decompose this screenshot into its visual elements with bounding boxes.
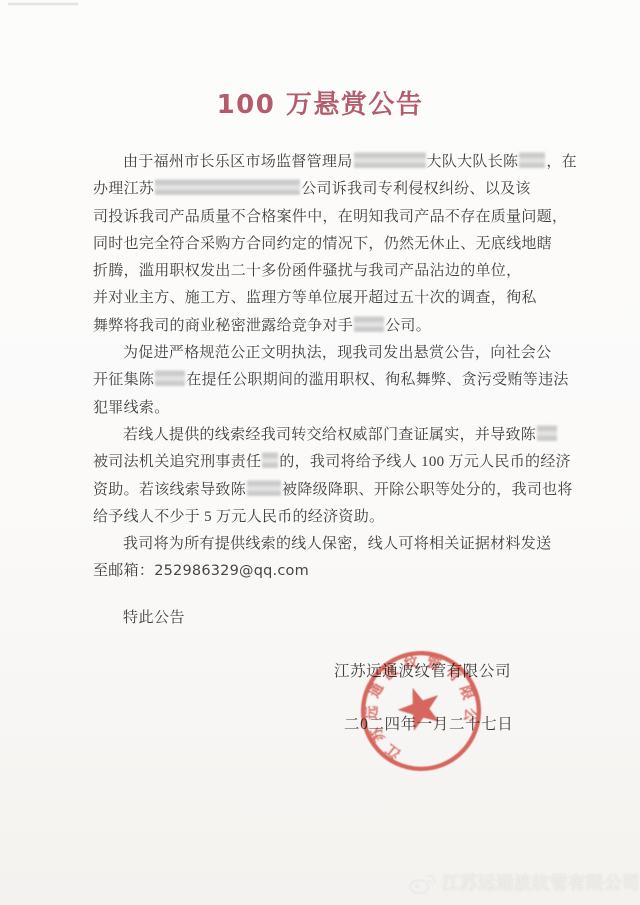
text-segment: 舞弊将我司的商业秘密泄露给竞争对手 [93, 318, 353, 334]
scan-artifact [8, 3, 78, 5]
text-segment: 252986329@qq.com [154, 563, 309, 579]
body-line: 犯罪线索。 [93, 395, 579, 422]
text-segment: 给予线人不少于 5 万元人民币的经济资助。 [93, 509, 384, 525]
text-segment: 为促进严格规范公正文明执法，现我司发出悬赏公告，向社会公 [123, 345, 551, 361]
text-segment: 并对业主方、施工方、监理方等单位展开超过五十次的调查，徇私 [93, 290, 537, 306]
body-line: 开征集陈在提任公职期间的滥用职权、徇私舞弊、贪污受贿等违法 [93, 367, 579, 394]
company-seal-stamp: 江苏远通波纹管有限公司 [359, 649, 483, 773]
text-segment: 在提任公职期间的滥用职权、徇私舞弊、贪污受贿等违法 [186, 372, 569, 388]
page-title: 100 万悬赏公告 [0, 84, 640, 121]
redaction-blur [354, 316, 384, 332]
redaction-blur [354, 152, 426, 168]
body-line: 并对业主方、施工方、监理方等单位展开超过五十次的调查，徇私 [93, 285, 579, 312]
text-segment: 由于福州市长乐区市场监督管理局 [123, 154, 353, 170]
redaction-blur [537, 425, 557, 441]
text-segment: 若线人提供的线索经我司转交给权威部门查证属实，并导致陈 [123, 427, 536, 443]
body-line: 至邮箱：252986329@qq.com [93, 558, 579, 585]
text-segment: ，在 [546, 154, 577, 170]
body-line: 司投诉我司产品质量不合格案件中，在明知我司产品不存在质量问题， [93, 204, 579, 231]
text-segment: 公司。 [385, 318, 431, 334]
text-segment: 同时也完全符合采购方合同约定的情况下，仍然无休止、无底线地瞎 [93, 236, 552, 252]
body-line: 我司将为所有提供线索的线人保密，线人可将相关证据材料发送 [93, 531, 579, 558]
redaction-blur [262, 452, 278, 468]
body-line: 给予线人不少于 5 万元人民币的经济资助。 [93, 504, 579, 531]
text-segment: 的，我司将给予线人 100 万元人民币的经济 [279, 454, 571, 470]
text-segment: 开征集陈 [93, 372, 154, 388]
text-segment: 犯罪线索。 [93, 400, 170, 416]
redaction-blur [519, 152, 545, 168]
redaction-blur [247, 480, 281, 496]
text-segment: 办理江苏 [93, 181, 154, 197]
text-segment: 资助。若该线索导致陈 [93, 482, 246, 498]
text-segment: 被降级降职、开除公职等处分的，我司也将 [282, 482, 573, 498]
text-segment: 被司法机关追究刑事责任 [93, 454, 261, 470]
text-segment: 司投诉我司产品质量不合格案件中，在明知我司产品不存在质量问题， [93, 209, 567, 225]
body-line: 舞弊将我司的商业秘密泄露给竞争对手公司。 [93, 313, 579, 340]
seal-star-icon [392, 680, 447, 733]
closing-statement: 特此公告 [123, 606, 185, 627]
body-line: 资助。若该线索导致陈被降级降职、开除公职等处分的，我司也将 [93, 477, 579, 504]
text-segment: 公司诉我司专利侵权纠纷、以及该 [301, 181, 531, 197]
watermark: 江苏远通波纹管有限公司 [408, 870, 640, 895]
body-line: 若线人提供的线索经我司转交给权威部门查证属实，并导致陈 [93, 422, 579, 449]
body-line: 被司法机关追究刑事责任的，我司将给予线人 100 万元人民币的经济 [93, 449, 579, 476]
body-line: 由于福州市长乐区市场监督管理局大队大队长陈，在 [93, 149, 579, 176]
body-line: 为促进严格规范公正文明执法，现我司发出悬赏公告，向社会公 [93, 340, 579, 367]
body-line: 办理江苏公司诉我司专利侵权纠纷、以及该 [93, 176, 579, 203]
document-body: 由于福州市长乐区市场监督管理局大队大队长陈，在办理江苏公司诉我司专利侵权纠纷、以… [93, 149, 579, 586]
weibo-icon [408, 871, 438, 895]
text-segment: 至邮箱： [93, 563, 154, 579]
text-segment: 我司将为所有提供线索的线人保密，线人可将相关证据材料发送 [123, 536, 551, 552]
redaction-blur [155, 370, 185, 386]
redaction-blur [155, 179, 300, 195]
body-line: 同时也完全符合采购方合同约定的情况下，仍然无休止、无底线地瞎 [93, 231, 579, 258]
scanned-document-page: 100 万悬赏公告 由于福州市长乐区市场监督管理局大队大队长陈，在办理江苏公司诉… [0, 0, 640, 905]
body-line: 折腾，滥用职权发出二十多份函件骚扰与我司产品沾边的单位， [93, 258, 579, 285]
text-segment: 大队大队长陈 [427, 154, 519, 170]
watermark-text: 江苏远通波纹管有限公司 [442, 870, 640, 895]
text-segment: 折腾，滥用职权发出二十多份函件骚扰与我司产品沾边的单位， [93, 263, 521, 279]
